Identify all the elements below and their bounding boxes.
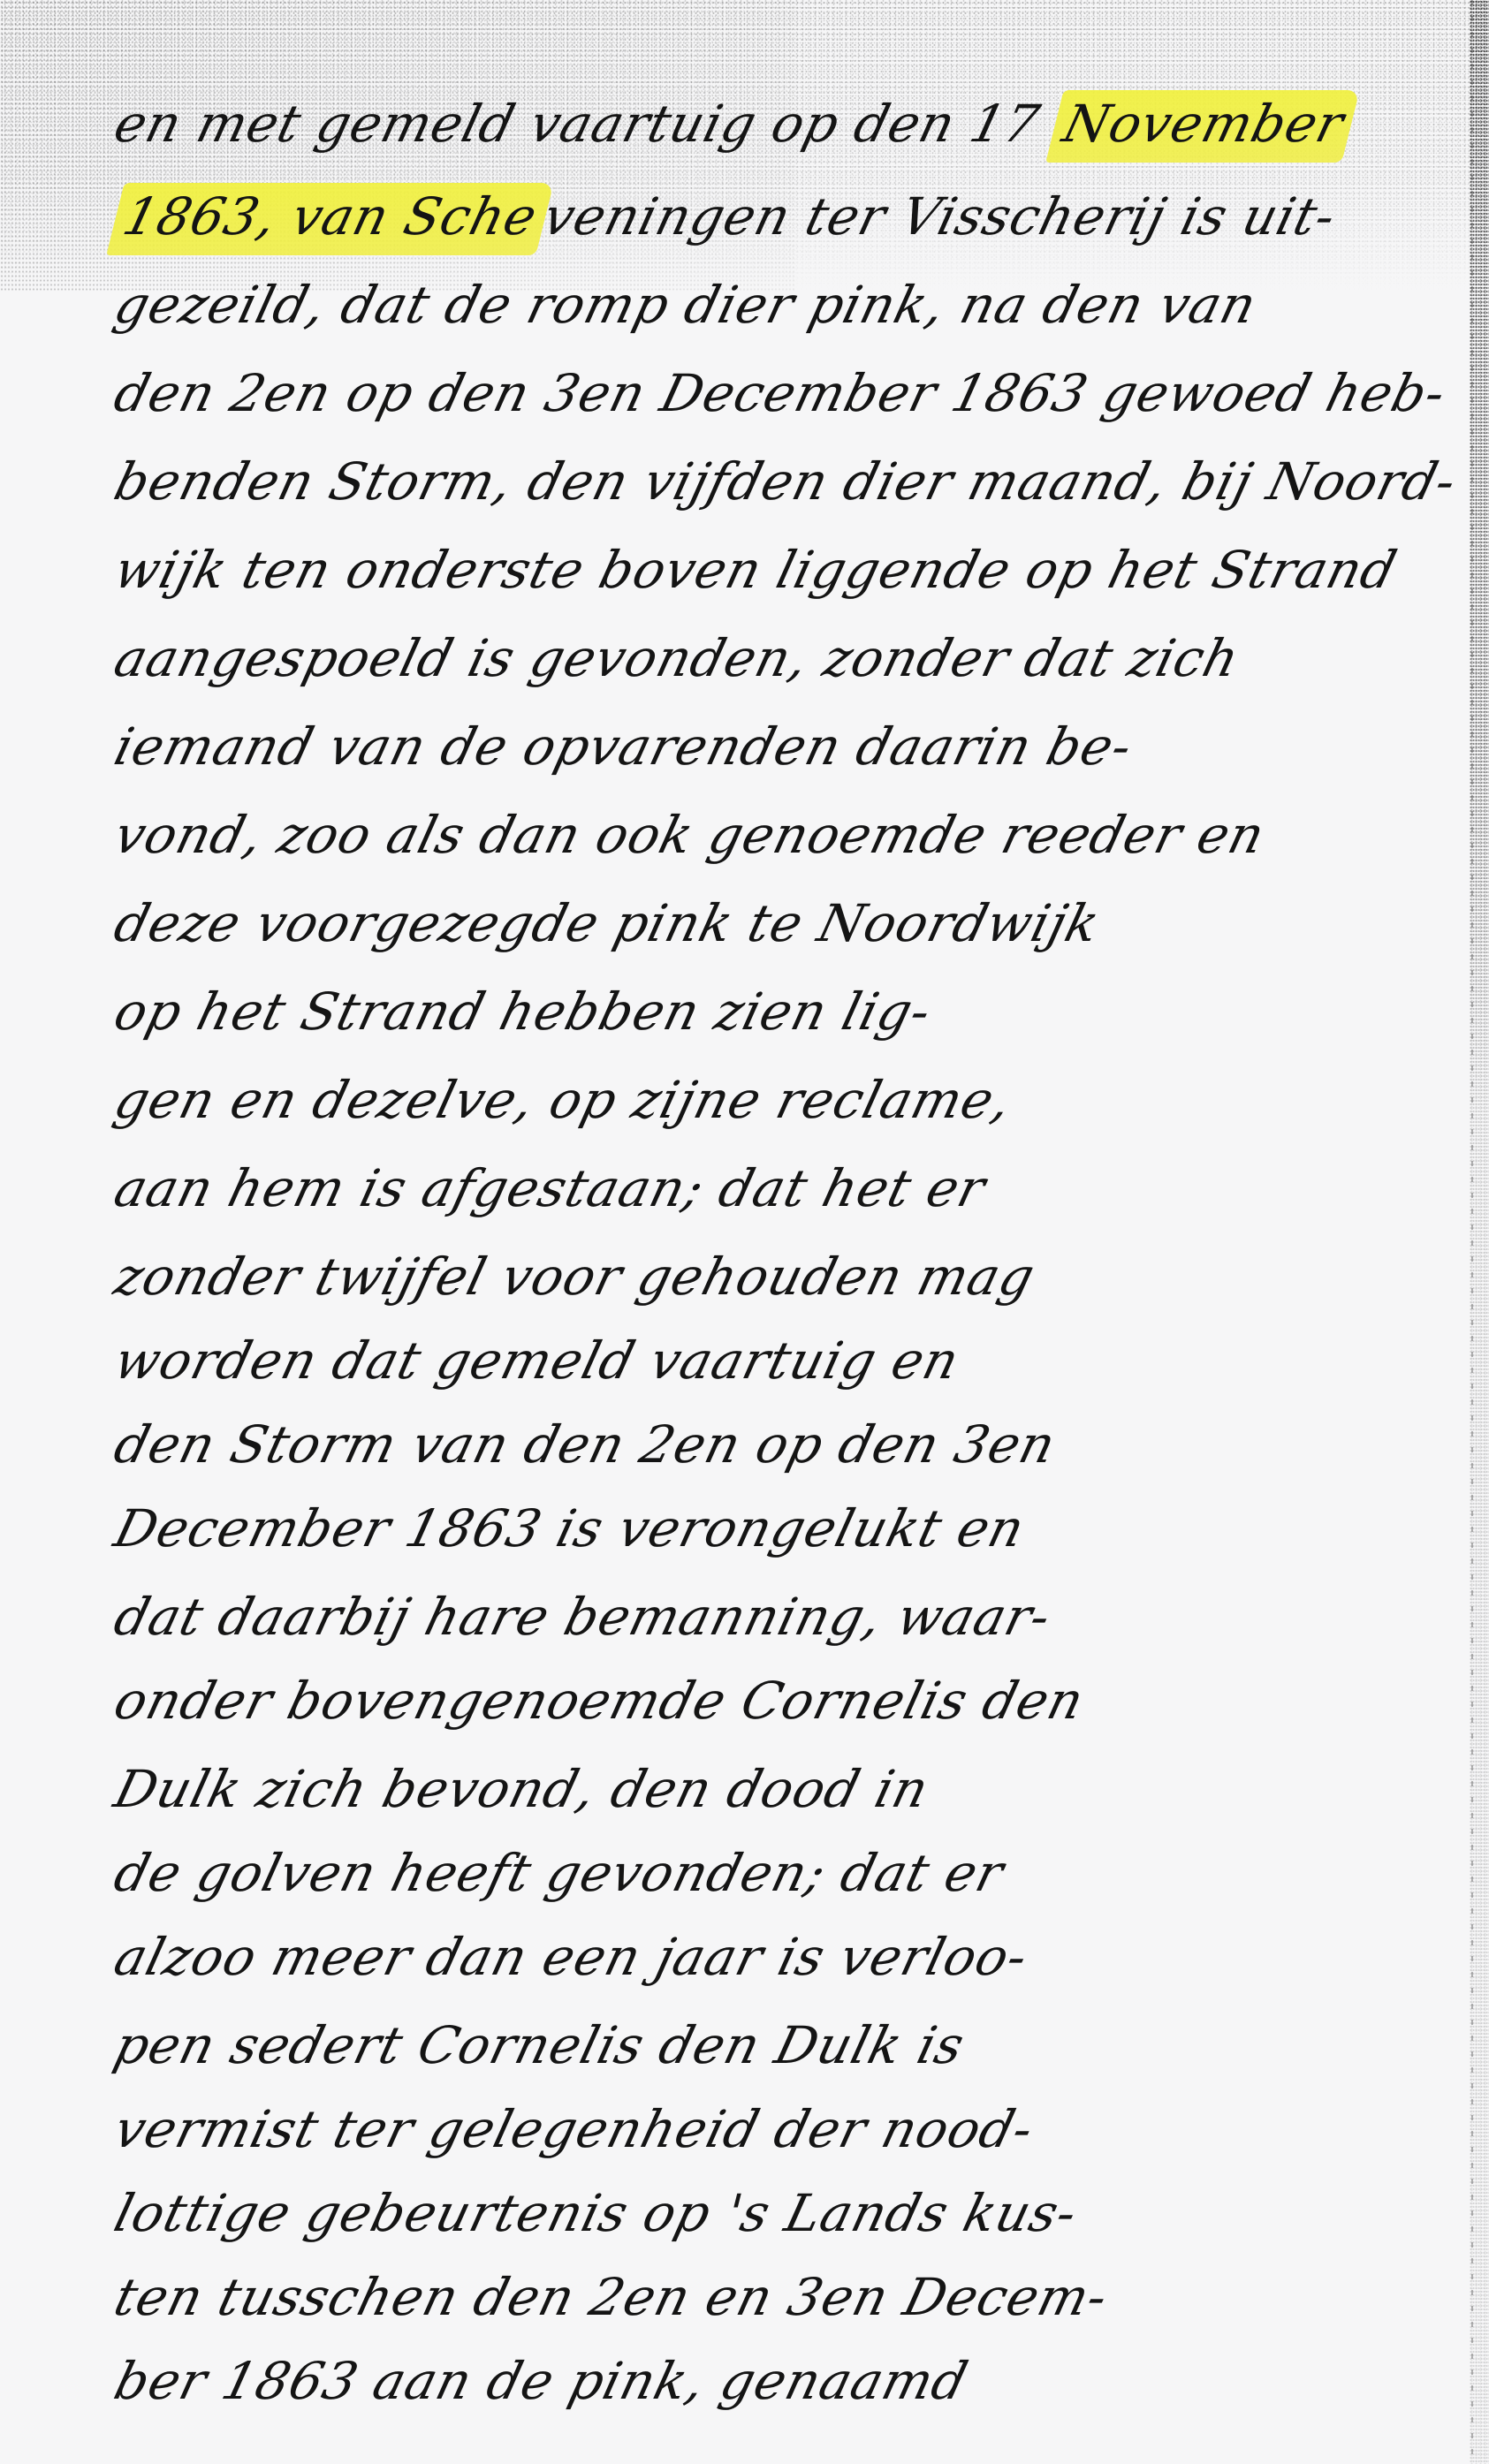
line-text: worden dat gemeld vaartuig en — [109, 1331, 966, 1391]
text-line-21: de golven heeft gevonden; dat er — [106, 1833, 1469, 1913]
line-text: en met gemeld vaartuig op den 17 — [109, 94, 1063, 154]
text-line-23: pen sedert Cornelis den Dulk is — [106, 2005, 1469, 2085]
text-line-27: ber 1863 aan de pink, genaamd — [106, 2341, 1469, 2421]
line-text: gen en dezelve, op zijne reclame, — [109, 1070, 1018, 1130]
line-text: Dulk zich bevond, den dood in — [109, 1759, 936, 1819]
highlighted-text-1863-van-scheveningen: 1863, van Sche — [106, 183, 553, 255]
line-text: den Storm van den 2en op den 3en — [109, 1414, 1062, 1475]
line-text: ber 1863 aan de pink, genaamd — [109, 2351, 975, 2411]
line-text: alzoo meer dan een jaar is verloo- — [109, 1927, 1035, 1987]
line-text: aangespoeld is gevonden, zonder dat zich — [109, 628, 1246, 688]
line-text: aan hem is afgestaan; dat het er — [109, 1158, 992, 1218]
line-text: veningen ter Visscherij is uit- — [537, 186, 1342, 246]
text-line-22: alzoo meer dan een jaar is verloo- — [106, 1917, 1469, 1997]
text-line-14: zonder twijfel voor gehouden mag — [106, 1237, 1469, 1316]
line-text: lottige gebeurtenis op 's Lands kus- — [109, 2183, 1083, 2243]
text-line-18: dat daarbij hare bemanning, waar- — [106, 1577, 1469, 1657]
text-line-20: Dulk zich bevond, den dood in — [106, 1749, 1469, 1829]
line-text: gezeild, dat de romp dier pink, na den v… — [109, 275, 1263, 335]
line-text: pen sedert Cornelis den Dulk is — [109, 2015, 971, 2075]
handwritten-text-block: en met gemeld vaartuig op den 17 Novembe… — [0, 0, 1489, 2464]
text-line-16: den Storm van den 2en op den 3en — [106, 1405, 1469, 1484]
text-line-11: op het Strand hebben zien lig- — [106, 972, 1469, 1051]
text-line-12: gen en dezelve, op zijne reclame, — [106, 1060, 1469, 1140]
line-text: den 2en op den 3en December 1863 gewoed … — [109, 363, 1453, 423]
text-line-25: lottige gebeurtenis op 's Lands kus- — [106, 2173, 1469, 2253]
text-line-4: den 2en op den 3en December 1863 gewoed … — [106, 353, 1469, 433]
text-line-24: vermist ter gelegenheid der nood- — [106, 2089, 1469, 2169]
text-line-2: 1863, van Scheveningen ter Visscherij is… — [106, 177, 1469, 256]
line-text: deze voorgezegde pink te Noordwijk — [109, 893, 1106, 953]
line-text: zonder twijfel voor gehouden mag — [109, 1247, 1041, 1307]
text-line-15: worden dat gemeld vaartuig en — [106, 1321, 1469, 1400]
line-text: December 1863 is verongelukt en — [109, 1498, 1031, 1558]
line-text: op het Strand hebben zien lig- — [109, 982, 938, 1042]
line-text: ten tusschen den 2en en 3en Decem- — [109, 2267, 1114, 2327]
text-line-1: en met gemeld vaartuig op den 17 Novembe… — [106, 84, 1469, 163]
line-text: dat daarbij hare bemanning, waar- — [109, 1587, 1058, 1647]
text-line-10: deze voorgezegde pink te Noordwijk — [106, 883, 1469, 963]
text-line-19: onder bovengenoemde Cornelis den — [106, 1661, 1469, 1740]
text-line-8: iemand van de opvarenden daarin be- — [106, 707, 1469, 786]
line-text: wijk ten onderste boven liggende op het … — [109, 540, 1403, 600]
text-line-6: wijk ten onderste boven liggende op het … — [106, 530, 1469, 610]
line-text: vond, zoo als dan ook genoemde reeder en — [109, 805, 1272, 865]
manuscript-page: en met gemeld vaartuig op den 17 Novembe… — [0, 0, 1489, 2464]
line-text: de golven heeft gevonden; dat er — [109, 1843, 1010, 1903]
line-text: iemand van de opvarenden daarin be- — [109, 716, 1139, 777]
text-line-7: aangespoeld is gevonden, zonder dat zich — [106, 618, 1469, 698]
line-text: benden Storm, den vijfden dier maand, bi… — [109, 451, 1463, 512]
text-line-5: benden Storm, den vijfden dier maand, bi… — [106, 442, 1469, 521]
text-line-9: vond, zoo als dan ook genoemde reeder en — [106, 795, 1469, 875]
text-line-26: ten tusschen den 2en en 3en Decem- — [106, 2257, 1469, 2337]
line-text: vermist ter gelegenheid der nood- — [109, 2099, 1040, 2159]
line-text: onder bovengenoemde Cornelis den — [109, 1671, 1090, 1731]
highlighted-text-november: November — [1046, 90, 1360, 163]
text-line-3: gezeild, dat de romp dier pink, na den v… — [106, 265, 1469, 345]
text-line-13: aan hem is afgestaan; dat het er — [106, 1149, 1469, 1228]
text-line-17: December 1863 is verongelukt en — [106, 1489, 1469, 1568]
